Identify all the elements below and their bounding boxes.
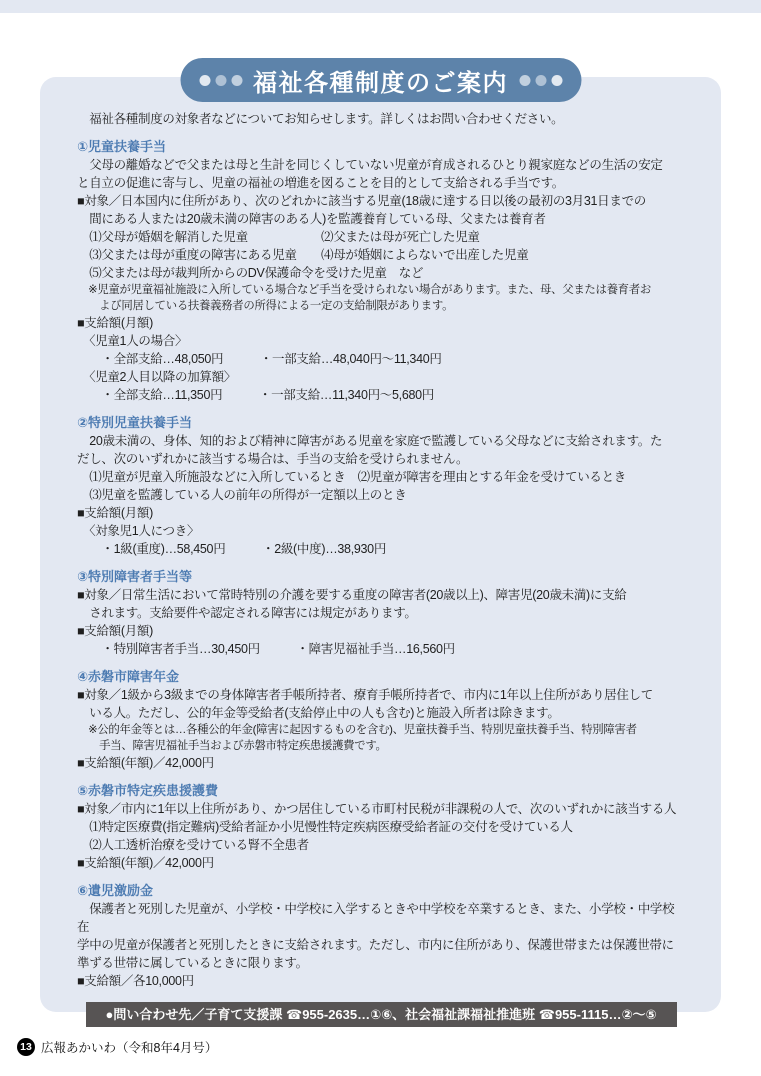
panel-content: 福祉各種制度の対象者などについてお知らせします。詳しくはお問い合わせください。 …	[40, 77, 721, 1027]
text-line: 20歳未満の、身体、知的および精神に障害がある児童を家庭で監護している父母などに…	[77, 432, 685, 450]
section-heading: ⑥遺児激励金	[77, 882, 685, 900]
text-line: ⑴特定医療費(指定難病)受給者証か小児慢性特定疾病医療受給者証の交付を受けている…	[77, 818, 685, 836]
section-body: ■対象／日常生活において常時特別の介護を要する重度の障害者(20歳以上)、障害児…	[77, 586, 685, 658]
page-footer-label: 広報あかいわ（令和8年4月号）	[41, 1038, 217, 1056]
text-line: ・1級(重度)…58,450円 ・2級(中度)…38,930円	[77, 540, 685, 558]
section-heading: ②特別児童扶養手当	[77, 414, 685, 432]
text-line: ■対象／日本国内に住所があり、次のどれかに該当する児童(18歳に達する日以後の最…	[77, 192, 685, 210]
section-body: ■対象／1級から3級までの身体障害者手帳所持者、療育手帳所持者で、市内に1年以上…	[77, 686, 685, 772]
text-line: されます。支給要件や認定される障害には規定があります。	[77, 604, 685, 622]
banner-dots-right-icon	[519, 75, 562, 86]
intro-text: 福祉各種制度の対象者などについてお知らせします。詳しくはお問い合わせください。	[77, 110, 685, 128]
text-line: ⑵人工透析治療を受けている腎不全患者	[77, 836, 685, 854]
text-line: ・特別障害者手当…30,450円 ・障害児福祉手当…16,560円	[77, 640, 685, 658]
text-line: ※公的年金等とは…各種公的年金(障害に起因するものを含む)、児童扶養手当、特別児…	[77, 722, 685, 738]
text-line: よび同居している扶養義務者の所得による一定の支給制限があります。	[77, 298, 685, 314]
text-line: いる人。ただし、公的年金等受給者(支給停止中の人も含む)と施設入所者は除きます。	[77, 704, 685, 722]
text-line: だし、次のいずれかに該当する場合は、手当の支給を受けられません。	[77, 450, 685, 468]
text-line: と自立の促進に寄与し、児童の福祉の増進を図ることを目的として支給される手当です。	[77, 174, 685, 192]
section: ⑤赤磐市特定疾患援護費 ■対象／市内に1年以上住所があり、かつ居住している市町村…	[77, 782, 685, 872]
text-line: 父母の離婚などで父または母と生計を同じくしていない児童が育成されるひとり親家庭な…	[77, 156, 685, 174]
section-body: ■対象／市内に1年以上住所があり、かつ居住している市町村民税が非課税の人で、次の…	[77, 800, 685, 872]
banner-dots-left-icon	[199, 75, 242, 86]
text-line: 〈児童1人の場合〉	[77, 332, 685, 350]
sections-container: ①児童扶養手当 父母の離婚などで父または母と生計を同じくしていない児童が育成され…	[77, 138, 685, 990]
text-line: ■支給額(年額)／42,000円	[77, 754, 685, 772]
text-line: 〈児童2人目以降の加算額〉	[77, 368, 685, 386]
section-body: 保護者と死別した児童が、小学校・中学校に入学するときや中学校を卒業するとき、また…	[77, 900, 685, 990]
section-heading: ①児童扶養手当	[77, 138, 685, 156]
text-line: ⑸父または母が裁判所からのDV保護命令を受けた児童 など	[77, 264, 685, 282]
text-line: ■対象／日常生活において常時特別の介護を要する重度の障害者(20歳以上)、障害児…	[77, 586, 685, 604]
page-footer: 13 広報あかいわ（令和8年4月号）	[17, 1038, 217, 1056]
section-heading: ③特別障害者手当等	[77, 568, 685, 586]
text-line: ※児童が児童福祉施設に入所している場合など手当を受けられない場合があります。また…	[77, 282, 685, 298]
text-line: ⑴児童が児童入所施設などに入所しているとき ⑵児童が障害を理由とする年金を受けて…	[77, 468, 685, 486]
text-line: 手当、障害児福祉手当および赤磐市特定疾患援護費です。	[77, 738, 685, 754]
section: ③特別障害者手当等 ■対象／日常生活において常時特別の介護を要する重度の障害者(…	[77, 568, 685, 658]
section-heading: ⑤赤磐市特定疾患援護費	[77, 782, 685, 800]
content-panel: 福祉各種制度の対象者などについてお知らせします。詳しくはお問い合わせください。 …	[40, 77, 721, 1012]
section-heading: ④赤磐市障害年金	[77, 668, 685, 686]
text-line: 学中の児童が保護者と死別したときに支給されます。ただし、市内に住所があり、保護世…	[77, 936, 685, 954]
text-line: ■支給額(月額)	[77, 504, 685, 522]
text-line: ■対象／1級から3級までの身体障害者手帳所持者、療育手帳所持者で、市内に1年以上…	[77, 686, 685, 704]
page-title: 福祉各種制度のご案内	[253, 63, 508, 98]
text-line: ■支給額(年額)／42,000円	[77, 854, 685, 872]
text-line: ・全部支給…48,050円 ・一部支給…48,040円～11,340円	[77, 350, 685, 368]
text-line: ■支給額(月額)	[77, 314, 685, 332]
section-body: 父母の離婚などで父または母と生計を同じくしていない児童が育成されるひとり親家庭な…	[77, 156, 685, 404]
page-number-badge: 13	[17, 1038, 35, 1056]
bulletin-page: 福祉各種制度のご案内 福祉各種制度の対象者などについてお知らせします。詳しくはお…	[0, 0, 761, 1076]
section: ⑥遺児激励金 保護者と死別した児童が、小学校・中学校に入学するときや中学校を卒業…	[77, 882, 685, 990]
top-edge-strip	[0, 0, 761, 13]
text-line: 準ずる世帯に属しているときに限ります。	[77, 954, 685, 972]
text-line: ■支給額／各10,000円	[77, 972, 685, 990]
text-line: 〈対象児1人につき〉	[77, 522, 685, 540]
text-line: ・全部支給…11,350円 ・一部支給…11,340円～5,680円	[77, 386, 685, 404]
section: ④赤磐市障害年金 ■対象／1級から3級までの身体障害者手帳所持者、療育手帳所持者…	[77, 668, 685, 772]
page-banner: 福祉各種制度のご案内	[180, 58, 581, 102]
text-line: 間にある人または20歳未満の障害のある人)を監護養育している母、父または養育者	[77, 210, 685, 228]
text-line: ⑴父母が婚姻を解消した児童 ⑵父または母が死亡した児童	[77, 228, 685, 246]
text-line: ■支給額(月額)	[77, 622, 685, 640]
section-body: 20歳未満の、身体、知的および精神に障害がある児童を家庭で監護している父母などに…	[77, 432, 685, 558]
text-line: 保護者と死別した児童が、小学校・中学校に入学するときや中学校を卒業するとき、また…	[77, 900, 685, 936]
section: ①児童扶養手当 父母の離婚などで父または母と生計を同じくしていない児童が育成され…	[77, 138, 685, 404]
section: ②特別児童扶養手当 20歳未満の、身体、知的および精神に障害がある児童を家庭で監…	[77, 414, 685, 558]
contact-bar: ●問い合わせ先／子育て支援課 ☎955-2635…①⑥、社会福祉課福祉推進班 ☎…	[86, 1002, 677, 1027]
text-line: ⑶児童を監護している人の前年の所得が一定額以上のとき	[77, 486, 685, 504]
text-line: ⑶父または母が重度の障害にある児童 ⑷母が婚姻によらないで出産した児童	[77, 246, 685, 264]
text-line: ■対象／市内に1年以上住所があり、かつ居住している市町村民税が非課税の人で、次の…	[77, 800, 685, 818]
